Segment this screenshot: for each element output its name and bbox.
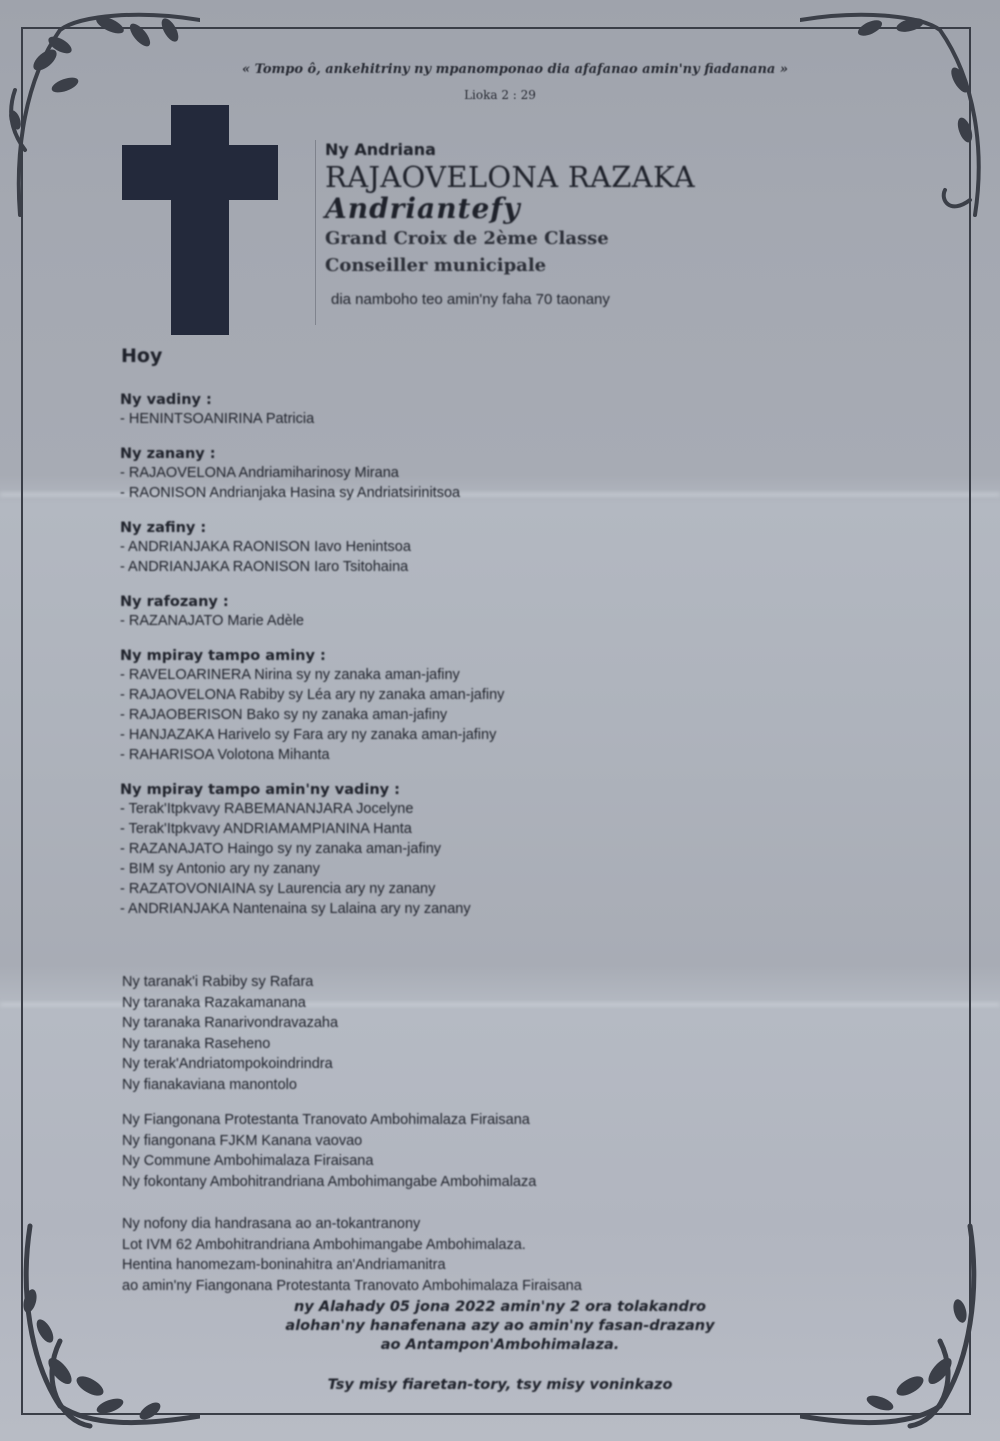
family-member: - Terak'Itpkvavy RABEMANANJARA Jocelyne <box>120 799 820 819</box>
descendants-list: Ny taranak'i Rabiby sy RafaraNy taranaka… <box>122 972 842 1095</box>
descendant-line: Ny terak'Andriatompokoindrindra <box>122 1054 842 1075</box>
family-member: - HENINTSOANIRINA Patricia <box>120 409 820 429</box>
family-group-title: Ny mpiray tampo amin'ny vadiny : <box>120 782 820 799</box>
ceremony-info: ny Alahady 05 jona 2022 amin'ny 2 ora to… <box>200 1298 800 1355</box>
family-group: Ny rafozany :- RAZANAJATO Marie Adèle <box>120 594 820 631</box>
family-member: - RAJAOVELONA Rabiby sy Léa ary ny zanak… <box>120 685 820 705</box>
organization-line: Ny fokontany Ambohitrandriana Ambohimang… <box>122 1172 842 1193</box>
vigil-line: Lot IVM 62 Ambohitrandriana Ambohimangab… <box>122 1235 842 1256</box>
family-group: Ny zafiny :- ANDRIANJAKA RAONISON Iavo H… <box>120 520 820 577</box>
family-member: - RAJAOBERISON Bako sy ny zanaka aman-ja… <box>120 705 820 725</box>
family-group: Ny mpiray tampo amin'ny vadiny :- Terak'… <box>120 782 820 919</box>
organizations-list: Ny Fiangonana Protestanta Tranovato Ambo… <box>122 1110 842 1192</box>
ceremony-line: ao Antampon'Ambohimalaza. <box>200 1336 800 1355</box>
age-line: dia namboho teo amin'ny faha 70 taonany <box>331 291 695 308</box>
cross-icon <box>122 105 278 335</box>
family-member: - Terak'Itpkvavy ANDRIAMAMPIANINA Hanta <box>120 819 820 839</box>
bible-verse: « Tompo ô, ankehitriny ny mpanomponao di… <box>175 62 855 77</box>
organization-line: Ny Fiangonana Protestanta Tranovato Ambo… <box>122 1110 842 1131</box>
descendant-line: Ny taranaka Razakamanana <box>122 993 842 1014</box>
intro-word: Hoy <box>121 345 162 367</box>
divider <box>315 140 316 325</box>
deceased-title: Grand Croix de 2ème Classe <box>325 225 695 252</box>
family-group: Ny vadiny :- HENINTSOANIRINA Patricia <box>120 392 820 429</box>
family-member: - ANDRIANJAKA RAONISON Iaro Tsitohaina <box>120 557 820 577</box>
family-member: - RAJAOVELONA Andriamiharinosy Mirana <box>120 463 820 483</box>
descendant-line: Ny taranak'i Rabiby sy Rafara <box>122 972 842 993</box>
descendant-line: Ny taranaka Raseheno <box>122 1034 842 1055</box>
vigil-line: Ny nofony dia handrasana ao an-tokantran… <box>122 1214 842 1235</box>
family-group-title: Ny mpiray tampo aminy : <box>120 648 820 665</box>
descendant-line: Ny taranaka Ranarivondravazaha <box>122 1013 842 1034</box>
family-list: Ny vadiny :- HENINTSOANIRINA PatriciaNy … <box>120 392 820 936</box>
deceased-info: Ny Andriana RAJAOVELONA RAZAKA Andriante… <box>325 140 695 308</box>
family-group-title: Ny zanany : <box>120 446 820 463</box>
family-member: - RAONISON Andrianjaka Hasina sy Andriat… <box>120 483 820 503</box>
notice: Tsy misy fiaretan-tory, tsy misy voninka… <box>200 1377 800 1393</box>
bible-verse-reference: Lioka 2 : 29 <box>420 88 580 102</box>
ceremony-line: alohan'ny hanafenana azy ao amin'ny fasa… <box>200 1317 800 1336</box>
family-member: - BIM sy Antonio ary ny zanany <box>120 859 820 879</box>
family-member: - ANDRIANJAKA Nantenaina sy Lalaina ary … <box>120 899 820 919</box>
vigil-line: Hentina hanomezam-boninahitra an'Andriam… <box>122 1255 842 1276</box>
ceremony-line: ny Alahady 05 jona 2022 amin'ny 2 ora to… <box>200 1298 800 1317</box>
family-group-title: Ny vadiny : <box>120 392 820 409</box>
deceased-name: RAJAOVELONA RAZAKA <box>325 161 695 193</box>
family-group-title: Ny zafiny : <box>120 520 820 537</box>
descendant-line: Ny fianakaviana manontolo <box>122 1075 842 1096</box>
family-member: - RAZATOVONIAINA sy Laurencia ary ny zan… <box>120 879 820 899</box>
name-prefix: Ny Andriana <box>325 140 695 159</box>
organization-line: Ny fiangonana FJKM Kanana vaovao <box>122 1131 842 1152</box>
family-group: Ny mpiray tampo aminy :- RAVELOARINERA N… <box>120 648 820 765</box>
family-member: - HANJAZAKA Harivelo sy Fara ary ny zana… <box>120 725 820 745</box>
family-member: - RAZANAJATO Haingo sy ny zanaka aman-ja… <box>120 839 820 859</box>
floral-ornament-icon <box>800 0 1000 220</box>
family-member: - ANDRIANJAKA RAONISON Iavo Henintsoa <box>120 537 820 557</box>
deceased-alias: Andriantefy <box>325 193 695 225</box>
vigil-line: ao amin'ny Fiangonana Protestanta Tranov… <box>122 1276 842 1297</box>
family-group-title: Ny rafozany : <box>120 594 820 611</box>
family-member: - RAVELOARINERA Nirina sy ny zanaka aman… <box>120 665 820 685</box>
organization-line: Ny Commune Ambohimalaza Firaisana <box>122 1151 842 1172</box>
family-member: - RAHARISOA Volotona Mihanta <box>120 745 820 765</box>
family-member: - RAZANAJATO Marie Adèle <box>120 611 820 631</box>
deceased-title: Conseiller municipale <box>325 252 695 279</box>
vigil-info: Ny nofony dia handrasana ao an-tokantran… <box>122 1214 842 1296</box>
family-group: Ny zanany :- RAJAOVELONA Andriamiharinos… <box>120 446 820 503</box>
